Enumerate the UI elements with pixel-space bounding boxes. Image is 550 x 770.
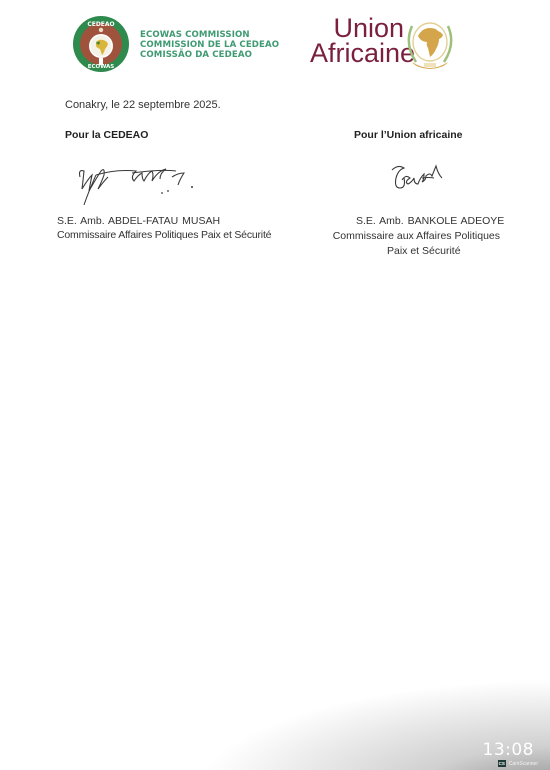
signature-icon — [72, 155, 202, 215]
corner-shadow-overlay — [0, 0, 550, 770]
ecowas-line-en: ECOWAS COMMISSION — [140, 30, 279, 40]
svg-text:ECOWAS: ECOWAS — [88, 64, 115, 70]
au-role-line2: Paix et Sécurité — [324, 244, 500, 259]
ecowas-signatory-name: S.E. Amb. ABDEL-FATAU MUSAH — [57, 215, 220, 227]
ecowas-signatory-heading: Pour la CEDEAO — [65, 129, 148, 141]
svg-text:CEDEAO: CEDEAO — [87, 21, 114, 28]
watermark-text: CamScanner — [509, 761, 538, 767]
scanner-watermark: CS CamScanner — [498, 760, 538, 767]
ecowas-line-pt: COMISSÃO DA CEDEAO — [140, 50, 279, 60]
au-wordmark-line2: Africaine — [310, 41, 404, 66]
ecowas-commission-title: ECOWAS COMMISSION COMMISSION DE LA CEDEA… — [140, 30, 279, 60]
date-line: Conakry, le 22 septembre 2025. — [65, 99, 221, 111]
signature-icon — [386, 160, 446, 196]
ecowas-emblem-icon: CEDEAO ECOWAS — [72, 15, 130, 73]
document-page: CEDEAO ECOWAS ECOWAS COMMISSION COMMISSI… — [0, 0, 550, 770]
au-role-line1: Commissaire aux Affaires Politiques — [324, 229, 500, 244]
status-clock: 13:08 — [483, 740, 535, 760]
african-union-wordmark: Union Africaine — [312, 16, 404, 66]
au-signatory-name: S.E. Amb. BANKOLE ADEOYE — [356, 215, 504, 227]
ecowas-line-fr: COMMISSION DE LA CEDEAO — [140, 40, 279, 50]
au-signatory-role: Commissaire aux Affaires Politiques Paix… — [324, 229, 500, 258]
camscanner-icon: CS — [498, 760, 506, 767]
au-signatory-heading: Pour l’Union africaine — [354, 129, 463, 141]
ecowas-signatory-role: Commissaire Affaires Politiques Paix et … — [57, 229, 271, 241]
african-union-emblem-icon — [404, 16, 456, 72]
